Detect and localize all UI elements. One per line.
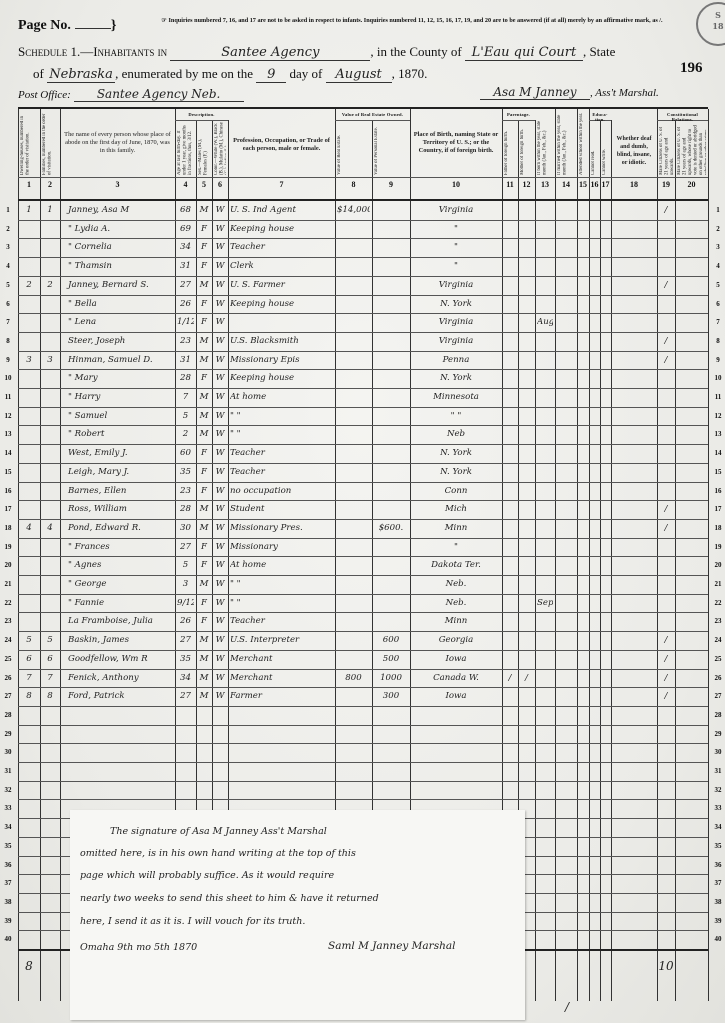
cell-occ: U.S. Blacksmith [230,332,333,351]
row-number-right: 18 [710,524,725,532]
column-divider [18,109,19,1001]
column-divider [708,109,709,1001]
cell-fam: 8 [42,687,58,706]
row-number-left: 17 [0,505,16,513]
cell-sex: F [198,612,210,631]
cell-color: W [214,201,226,220]
schedule-line: Schedule 1.—Inhabitants in Santee Agency… [18,44,718,61]
cell-age: 31 [177,351,194,370]
note-line: nearly two weeks to send this sheet to h… [80,893,379,904]
cell-occ: Teacher [230,612,333,631]
cell-occ: U. S. Farmer [230,276,333,295]
cell-name: Janney, Asa M [62,201,179,220]
column-divider [675,120,676,1001]
day-field: 9 [256,67,286,83]
row-divider [18,781,708,782]
column-number: 9 [372,180,410,189]
cell-age: 35 [177,650,194,669]
row-number-right: 10 [710,374,725,382]
cell-sex: F [198,538,210,557]
cell-occ: Teacher [230,238,333,257]
cell-c19: / [659,650,673,669]
attached-note: The signature of Asa M Janney Ass't Mars… [70,810,525,1020]
column-header: Age at last birth-day. If under 1 year, … [177,122,194,175]
cell-age: 26 [177,295,194,314]
cell-c13: Sept [537,594,553,613]
row-number-left: 15 [0,468,16,476]
cell-color: W [214,238,226,257]
cell-occ: At home [230,388,333,407]
row-number-left: 25 [0,655,16,663]
cell-age: 27 [177,631,194,650]
cell-pers: 500 [374,650,408,669]
cell-color: W [214,594,226,613]
cell-birth: Minn [412,612,500,631]
note-line: The signature of Asa M Janney Ass't Mars… [110,826,327,837]
row-number-left: 11 [0,393,16,401]
row-number-left: 39 [0,917,16,925]
cell-sex: F [198,295,210,314]
cell-sex: F [198,556,210,575]
cell-name: Pond, Edward R. [62,519,179,538]
cell-color: W [214,332,226,351]
column-group-label: Value of Real Estate Owned. [335,112,410,117]
column-number: 5 [196,180,212,189]
cell-occ: Farmer [230,687,333,706]
row-number-left: 13 [0,430,16,438]
row-number-left: 3 [0,243,16,251]
cell-fam: 4 [42,519,58,538]
group-divider [502,120,535,121]
column-header: Families, numbered in the order of visit… [42,112,58,175]
column-header: Profession, Occupation, or Trade of each… [231,137,332,153]
cell-color: W [214,538,226,557]
column-number: 12 [518,180,535,189]
cell-occ: U.S. Interpreter [230,631,333,650]
cell-sex: F [198,444,210,463]
note-line: omitted here, is in his own hand writing… [80,848,356,859]
cell-birth: Virginia [412,313,500,332]
cell-name: Janney, Bernard S. [62,276,179,295]
column-number: 16 [589,180,600,189]
cell-age: 27 [177,276,194,295]
cell-name: " Harry [62,388,179,407]
column-header: Value of Real Estate. [337,122,370,175]
row-number-left: 16 [0,487,16,495]
cell-birth: Minn [412,519,500,538]
row-number-right: 35 [710,842,725,850]
column-header: Sex.—Males (M.), Females (F.) [198,122,210,175]
row-number-left: 36 [0,861,16,869]
cell-name: " Lena [62,313,179,332]
cell-color: W [214,612,226,631]
column-header: Male Citizens of U. S. of 21 years of ag… [677,122,706,175]
cell-color: W [214,369,226,388]
cell-pers: 300 [374,687,408,706]
cell-name: Hinman, Samuel D. [62,351,179,370]
marshal-signature-note: Saml M Janney Marshal [328,940,455,952]
column-divider [600,120,601,1001]
cell-occ: Keeping house [230,220,333,239]
cell-birth: " [412,238,500,257]
cell-age: 1/12 [177,313,194,332]
cell-sex: F [198,482,210,501]
cell-sex: F [198,594,210,613]
cell-color: W [214,257,226,276]
column-number: 19 [657,180,675,189]
cell-birth: Neb. [412,594,500,613]
cell-c19: / [659,669,673,688]
cell-birth: Virginia [412,276,500,295]
cell-age: 2 [177,425,194,444]
cell-birth: " [412,220,500,239]
cell-occ: Merchant [230,669,333,688]
column-header: Dwelling-houses, numbered in the order o… [20,112,38,175]
cell-sex: M [198,687,210,706]
census-page: Page No.} ☞ Inquiries numbered 7, 16, an… [0,0,725,1023]
column-number: 3 [60,180,175,189]
row-number-right: 24 [710,636,725,644]
cell-birth: Virginia [412,201,500,220]
row-number-right: 36 [710,861,725,869]
cell-age: 23 [177,482,194,501]
row-number-right: 11 [710,393,725,401]
row-number-left: 28 [0,711,16,719]
cell-occ: Missionary Pres. [230,519,333,538]
row-divider [18,706,708,707]
place-field: Santee Agency [170,45,370,61]
cell-sex: F [198,238,210,257]
cell-birth: Canada W. [412,669,500,688]
cell-sex: M [198,669,210,688]
column-group-label: Description. [175,112,228,117]
inquiry-note: ☞ Inquiries numbered 7, 16, and 17 are n… [152,16,672,25]
cell-name: " Mary [62,369,179,388]
row-number-left: 12 [0,412,16,420]
row-number-left: 2 [0,225,16,233]
total-dwellings: 8 [18,957,40,975]
column-header: Whether deaf and dumb, blind, insane, or… [614,135,654,167]
row-number-left: 21 [0,580,16,588]
cell-birth: Dakota Ter. [412,556,500,575]
cell-fam: 7 [42,669,58,688]
cell-sex: M [198,631,210,650]
cell-fam: 2 [42,276,58,295]
cell-sex: F [198,463,210,482]
column-header: Color.—White (W.), Black (B.), Mulatto (… [214,122,226,175]
cell-sex: M [198,650,210,669]
cell-age: 60 [177,444,194,463]
row-number-right: 7 [710,318,725,326]
row-number-right: 13 [710,430,725,438]
cell-color: W [214,425,226,444]
cell-name: " Fannie [62,594,179,613]
row-number-left: 9 [0,356,16,364]
cell-color: W [214,351,226,370]
column-group-label: Educa-tion. [589,112,611,122]
column-number: 7 [228,180,335,189]
cell-name: Fenick, Anthony [62,669,179,688]
cell-birth: Georgia [412,631,500,650]
column-number: 20 [675,180,708,189]
column-header: Cannot write. [602,122,609,175]
row-number-right: 38 [710,898,725,906]
cell-c19: / [659,201,673,220]
cell-color: W [214,500,226,519]
cell-sex: M [198,407,210,426]
cell-c13: Aug [537,313,553,332]
cell-age: 28 [177,500,194,519]
cell-name: West, Emily J. [62,444,179,463]
column-header: Father of foreign birth. [504,122,516,175]
cell-color: W [214,519,226,538]
cell-fam: 1 [42,201,58,220]
note-line: here, I send it as it is. I will vouch f… [80,916,305,927]
row-number-left: 19 [0,543,16,551]
cell-age: 9/12 [177,594,194,613]
row-divider [18,762,708,763]
cell-color: W [214,444,226,463]
row-number-left: 23 [0,617,16,625]
column-header: Mother of foreign birth. [520,122,533,175]
cell-birth: Minnesota [412,388,500,407]
cell-name: " Robert [62,425,179,444]
cell-age: 34 [177,238,194,257]
cell-age: 26 [177,612,194,631]
cell-fam: 6 [42,650,58,669]
cell-c19: / [659,687,673,706]
row-number-right: 30 [710,748,725,756]
group-divider [175,120,228,121]
cell-dw: 2 [20,276,38,295]
cell-color: W [214,463,226,482]
cell-sex: M [198,425,210,444]
row-number-right: 2 [710,225,725,233]
cell-age: 7 [177,388,194,407]
cell-c11: / [504,669,516,688]
cell-occ: Keeping house [230,295,333,314]
cell-sex: M [198,500,210,519]
cell-color: W [214,295,226,314]
row-number-left: 38 [0,898,16,906]
cell-dw: 4 [20,519,38,538]
row-divider [18,743,708,744]
cell-sex: M [198,332,210,351]
cell-birth: Mich [412,500,500,519]
row-number-right: 23 [710,617,725,625]
cell-pers: $600. [374,519,408,538]
cell-age: 30 [177,519,194,538]
cell-birth: N. York [412,463,500,482]
row-number-left: 35 [0,842,16,850]
page-number-label: Page No.} [18,18,116,34]
cell-color: W [214,276,226,295]
row-number-left: 29 [0,730,16,738]
row-number-right: 4 [710,262,725,270]
cell-sex: M [198,575,210,594]
row-number-left: 34 [0,823,16,831]
column-divider [60,109,61,1001]
cell-color: W [214,575,226,594]
row-number-left: 24 [0,636,16,644]
row-number-left: 32 [0,786,16,794]
cell-age: 69 [177,220,194,239]
cell-occ: Keeping house [230,369,333,388]
cell-color: W [214,313,226,332]
row-number-left: 26 [0,674,16,682]
cell-name: " Samuel [62,407,179,426]
cell-c19: / [659,631,673,650]
column-number: 4 [175,180,196,189]
row-number-right: 3 [710,243,725,251]
marshal-line: Asa M Janney, Ass't Marshal. [480,85,659,100]
row-number-left: 33 [0,804,16,812]
cell-birth: Iowa [412,650,500,669]
cell-occ: Student [230,500,333,519]
row-number-right: 40 [710,935,725,943]
cell-age: 5 [177,556,194,575]
cell-real: 800 [337,669,370,688]
cell-name: Ross, William [62,500,179,519]
row-number-right: 29 [710,730,725,738]
cell-occ: Missionary Epis [230,351,333,370]
archive-stamp: S18 [696,2,725,46]
row-number-right: 25 [710,655,725,663]
cell-age: 35 [177,463,194,482]
cell-sex: M [198,388,210,407]
cell-name: Leigh, Mary J. [62,463,179,482]
row-number-right: 9 [710,356,725,364]
row-divider [18,799,708,800]
row-number-left: 27 [0,692,16,700]
cell-occ: U. S. Ind Agent [230,201,333,220]
cell-age: 27 [177,538,194,557]
cell-name: " Bella [62,295,179,314]
row-number-left: 37 [0,879,16,887]
cell-color: W [214,482,226,501]
column-divider [577,109,578,1001]
cell-color: W [214,650,226,669]
total-citizens: 10 [657,957,675,975]
cell-sex: M [198,201,210,220]
cell-sex: M [198,519,210,538]
row-number-left: 7 [0,318,16,326]
cell-age: 34 [177,669,194,688]
cell-name: La Framboise, Julia [62,612,179,631]
cell-sex: M [198,351,210,370]
county-field: L'Eau qui Court [465,45,583,61]
cell-occ: Clerk [230,257,333,276]
cell-occ: Teacher [230,463,333,482]
column-group-label: Constitutional Relations. [657,112,708,122]
cell-age: 27 [177,687,194,706]
cell-pers: 600 [374,631,408,650]
cell-name: " Frances [62,538,179,557]
cell-name: " Thamsin [62,257,179,276]
cell-birth: N. York [412,295,500,314]
cell-c19: / [659,332,673,351]
cell-occ: At home [230,556,333,575]
cell-occ: " " [230,594,333,613]
column-divider [40,109,41,1001]
post-office-field: Santee Agency Neb. [74,87,244,102]
cell-birth: Neb [412,425,500,444]
cell-name: Steer, Joseph [62,332,179,351]
cell-sex: M [198,276,210,295]
cell-occ: " " [230,425,333,444]
cell-sex: F [198,257,210,276]
cell-c19: / [659,351,673,370]
cell-name: " George [62,575,179,594]
column-divider [657,109,658,1001]
cell-name: Barnes, Ellen [62,482,179,501]
cell-age: 3 [177,575,194,594]
column-divider [611,120,612,1001]
column-group-label: Parentage. [502,112,535,117]
cell-age: 23 [177,332,194,351]
column-header: If married within the year, state month … [557,112,575,175]
cell-name: Ford, Patrick [62,687,179,706]
row-number-right: 20 [710,561,725,569]
row-number-left: 30 [0,748,16,756]
column-number: 1 [18,180,40,189]
row-number-right: 33 [710,804,725,812]
cell-sex: F [198,220,210,239]
row-number-right: 8 [710,337,725,345]
row-number-left: 8 [0,337,16,345]
column-header: Place of Birth, naming State or Territor… [413,131,499,155]
cell-age: 28 [177,369,194,388]
cell-name: Baskin, James [62,631,179,650]
row-number-left: 31 [0,767,16,775]
cell-birth: " " [412,407,500,426]
row-number-right: 14 [710,449,725,457]
column-header: If born within the year, state month (Ja… [537,112,553,175]
cell-dw: 1 [20,201,38,220]
group-divider [335,120,410,121]
column-divider [555,109,556,1001]
column-number: 11 [502,180,518,189]
footer-mark: / [565,1000,569,1014]
cell-birth: Neb. [412,575,500,594]
cell-dw: 5 [20,631,38,650]
cell-birth: Penna [412,351,500,370]
row-number-left: 40 [0,935,16,943]
cell-color: W [214,687,226,706]
cell-name: " Agnes [62,556,179,575]
row-number-right: 22 [710,599,725,607]
cell-color: W [214,388,226,407]
cell-fam: 5 [42,631,58,650]
cell-birth: " [412,257,500,276]
cell-real: $14,000 [337,201,370,220]
row-number-left: 22 [0,599,16,607]
cell-birth: Conn [412,482,500,501]
cell-occ: no occupation [230,482,333,501]
column-divider [535,120,536,1001]
cell-age: 5 [177,407,194,426]
cell-dw: 3 [20,351,38,370]
row-number-right: 19 [710,543,725,551]
cell-pers: 1000 [374,669,408,688]
cell-c12: / [520,669,533,688]
cell-sex: F [198,369,210,388]
column-number: 18 [611,180,657,189]
sheet-number: 196 [680,60,703,77]
enumeration-line: of Nebraska, enumerated by me on the 9 d… [33,66,427,83]
cell-birth: " [412,538,500,557]
row-number-left: 1 [0,206,16,214]
